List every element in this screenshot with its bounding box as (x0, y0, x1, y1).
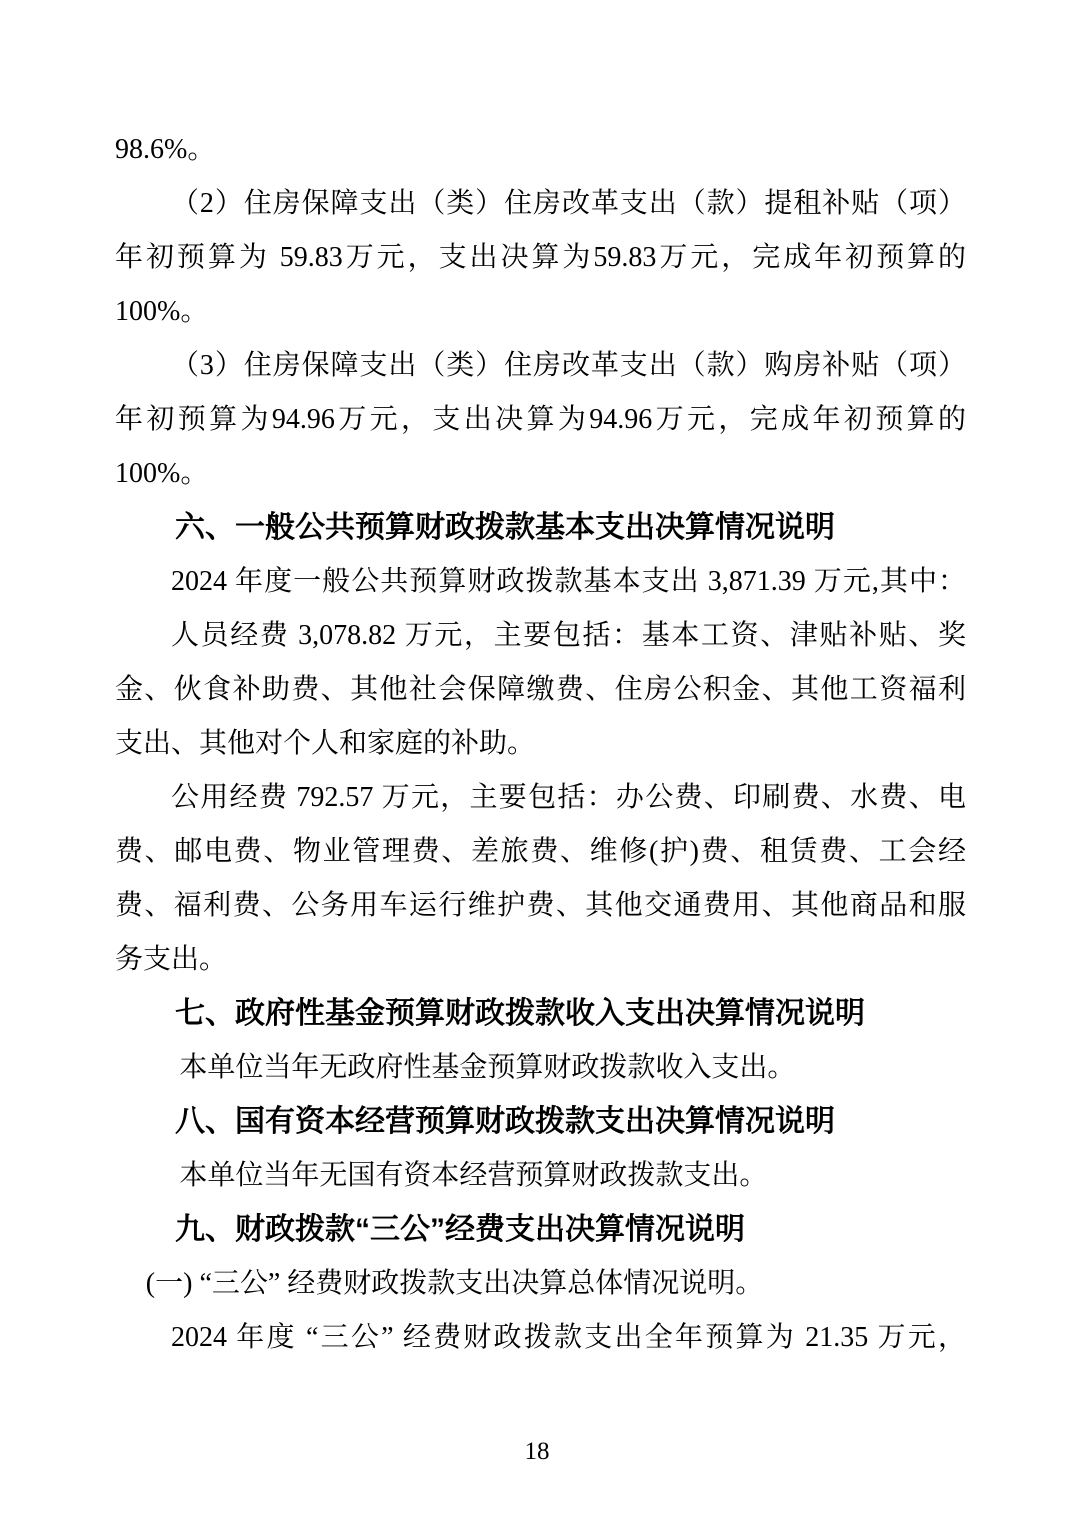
text-line: 本单位当年无国有资本经营预算财政拨款支出。 (115, 1149, 966, 1203)
text-line: 100%。 (115, 447, 966, 501)
text-line: (一) “三公” 经费财政拨款支出决算总体情况说明。 (115, 1257, 966, 1311)
text-line: 本单位当年无政府性基金预算财政拨款收入支出。 (115, 1041, 966, 1095)
text-line: 支出、其他对个人和家庭的补助。 (115, 717, 966, 771)
text-line: 100%。 (115, 285, 966, 339)
section-heading: 九、财政拨款“三公”经费支出决算情况说明 (115, 1203, 966, 1257)
text-line: 人员经费 3,078.82 万元，主要包括：基本工资、津贴补贴、奖 (115, 609, 966, 663)
text-line: 98.6%。 (115, 123, 966, 177)
section-heading: 六、一般公共预算财政拨款基本支出决算情况说明 (115, 501, 966, 555)
text-line: 公用经费 792.57 万元，主要包括：办公费、印刷费、水费、电 (115, 771, 966, 825)
section-heading: 七、政府性基金预算财政拨款收入支出决算情况说明 (115, 987, 966, 1041)
text-line: 2024 年度一般公共预算财政拨款基本支出 3,871.39 万元,其中： (115, 555, 966, 609)
text-line: 费、邮电费、物业管理费、差旅费、维修(护)费、租赁费、工会经 (115, 825, 966, 879)
text-line: 年初预算为 59.83万元，支出决算为59.83万元，完成年初预算的 (115, 231, 966, 285)
section-heading: 八、国有资本经营预算财政拨款支出决算情况说明 (115, 1095, 966, 1149)
text-line: 务支出。 (115, 933, 966, 987)
text-line: 金、伙食补助费、其他社会保障缴费、住房公积金、其他工资福利 (115, 663, 966, 717)
text-line: 费、福利费、公务用车运行维护费、其他交通费用、其他商品和服 (115, 879, 966, 933)
text-line: 2024 年度 “三公” 经费财政拨款支出全年预算为 21.35 万元， (115, 1311, 966, 1365)
text-line: （3）住房保障支出（类）住房改革支出（款）购房补贴（项） (115, 339, 966, 393)
text-line: 年初预算为94.96万元，支出决算为94.96万元，完成年初预算的 (115, 393, 966, 447)
document-body: 98.6%。（2）住房保障支出（类）住房改革支出（款）提租补贴（项）年初预算为 … (115, 123, 966, 1365)
page-number: 18 (0, 1436, 1074, 1468)
document-page: 98.6%。（2）住房保障支出（类）住房改革支出（款）提租补贴（项）年初预算为 … (0, 0, 1074, 1520)
text-line: （2）住房保障支出（类）住房改革支出（款）提租补贴（项） (115, 177, 966, 231)
